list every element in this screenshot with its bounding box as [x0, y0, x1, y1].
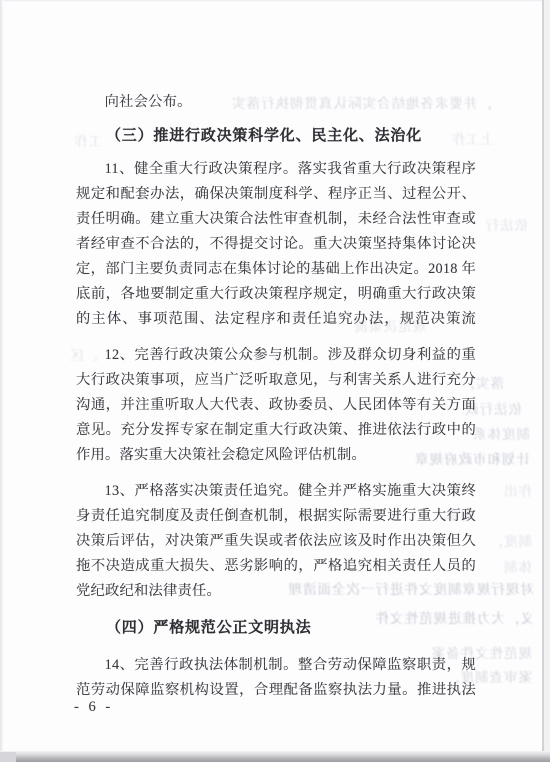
page-edge-right-band	[544, 0, 550, 762]
page-edge-right-line	[542, 0, 544, 762]
bleedthrough-artifact: 制度，	[482, 533, 532, 552]
page-edge-left	[0, 0, 4, 762]
bleedthrough-artifact: 体制	[490, 559, 532, 578]
paragraph-item-11: 11、健全重大行政决策程序。落实我省重大行政决策程序规定和配套办法，确保决策制度…	[76, 157, 476, 332]
section-heading-3: （三）推进行政决策科学化、民主化、法治化	[76, 124, 476, 149]
page-number: - 6 -	[74, 699, 113, 716]
paragraph-continuation: 向社会公布。	[76, 90, 476, 115]
bleedthrough-artifact: 作出	[494, 483, 532, 502]
page-corner-bottom-left	[0, 752, 16, 762]
document-page: ，并要求各地结合实际认真贯彻执行落实 上工作 工作 依法行 规范决策流 。区 落…	[0, 0, 550, 762]
paragraph-item-14: 14、完善行政执法体制机制。整合劳动保障监察职责，规范劳动保障监察机构设置，合理…	[76, 653, 476, 703]
paragraph-item-13: 13、严格落实决策责任追究。健全并严格实施重大决策终身责任追究制度及责任倒查机制…	[76, 479, 476, 604]
page-edge-bottom	[0, 751, 550, 762]
paragraph-item-12: 12、完善行政决策公众参与机制。涉及群众切身利益的重大行政决策事项，应当广泛听取…	[76, 343, 476, 468]
document-body: 向社会公布。 （三）推进行政决策科学化、民主化、法治化 11、健全重大行政决策程…	[76, 90, 476, 703]
section-heading-4: （四）严格规范公正文明执法	[76, 616, 476, 641]
page-edge-top	[0, 0, 550, 2]
bleedthrough-artifact: 依法行	[468, 217, 528, 236]
